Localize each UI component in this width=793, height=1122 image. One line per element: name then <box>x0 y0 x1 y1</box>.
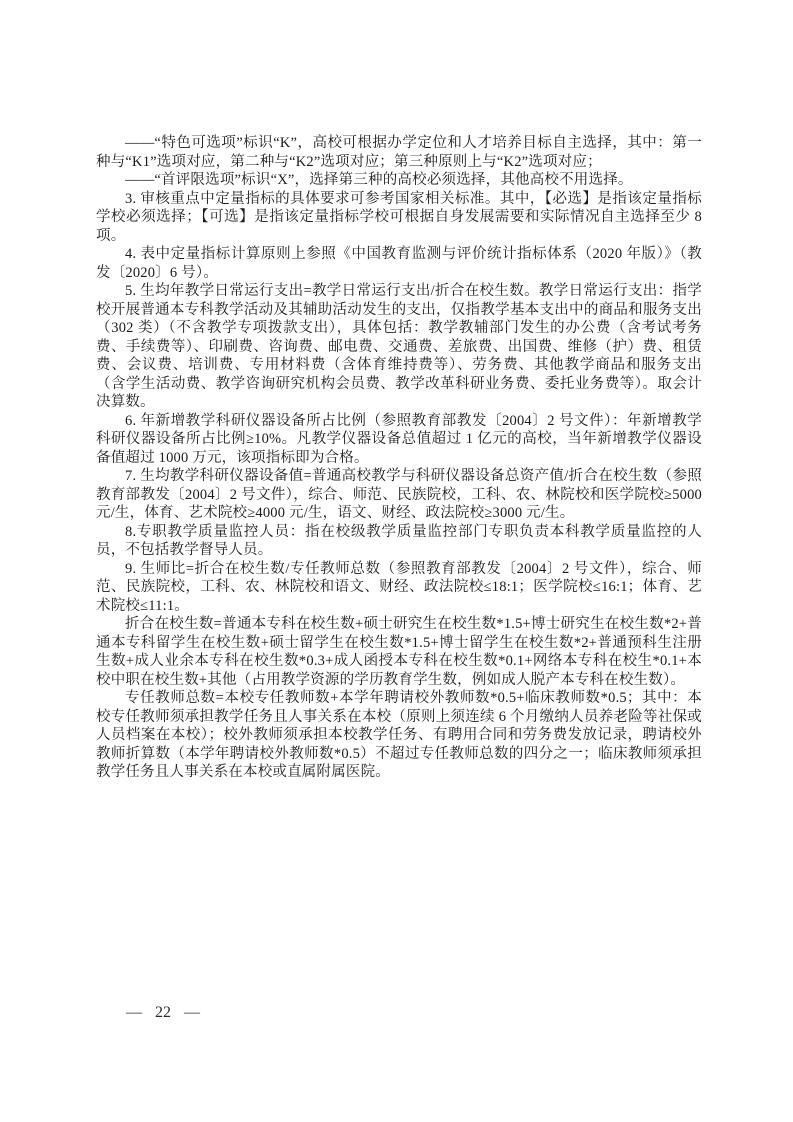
document-page: ——“特色可选项”标识“K”，高校可根据办学定位和人才培养目标自主选择，其中：第… <box>0 0 793 1122</box>
body-text: ——“特色可选项”标识“K”，高校可根据办学定位和人才培养目标自主选择，其中：第… <box>96 134 702 782</box>
paragraph-first-eval-option: ——“首评限选项”标识“X”，选择第三种的高校必须选择，其他高校不用选择。 <box>96 171 702 190</box>
paragraph-student-conversion-formula: 折合在校生数=普通本专科在校生数+硕士研究生在校生数*1.5+博士研究生在校生数… <box>96 615 702 689</box>
paragraph-note-4: 4. 表中定量指标计算原则上参照《中国教育监测与评价统计指标体系（2020 年版… <box>96 245 702 282</box>
paragraph-note-8: 8.专职教学质量监控人员：指在校级教学质量监控部门专职负责本科教学质量监控的人员… <box>96 523 702 560</box>
paragraph-note-6: 6. 年新增教学科研仪器设备所占比例（参照教育部教发〔2004〕2 号文件）：年… <box>96 412 702 468</box>
paragraph-note-3: 3. 审核重点中定量指标的具体要求可参考国家相关标准。其中，【必选】是指该定量指… <box>96 190 702 246</box>
paragraph-feature-option: ——“特色可选项”标识“K”，高校可根据办学定位和人才培养目标自主选择，其中：第… <box>96 134 702 171</box>
paragraph-note-9: 9. 生师比=折合在校生数/专任教师总数（参照教育部教发〔2004〕2 号文件）… <box>96 560 702 616</box>
paragraph-teacher-total-formula: 专任教师总数=本校专任教师数+本学年聘请校外教师数*0.5+临床教师数*0.5；… <box>96 689 702 782</box>
paragraph-note-5: 5. 生均年教学日常运行支出=教学日常运行支出/折合在校生数。教学日常运行支出：… <box>96 282 702 412</box>
page-footer: — 22 — <box>126 1004 200 1022</box>
page-number: 22 <box>155 1004 171 1022</box>
footer-right-dash: — <box>184 1004 200 1022</box>
paragraph-note-7: 7. 生均教学科研仪器设备值=普通高校教学与科研仪器设备总资产值/折合在校生数（… <box>96 467 702 523</box>
footer-left-dash: — <box>126 1004 142 1022</box>
